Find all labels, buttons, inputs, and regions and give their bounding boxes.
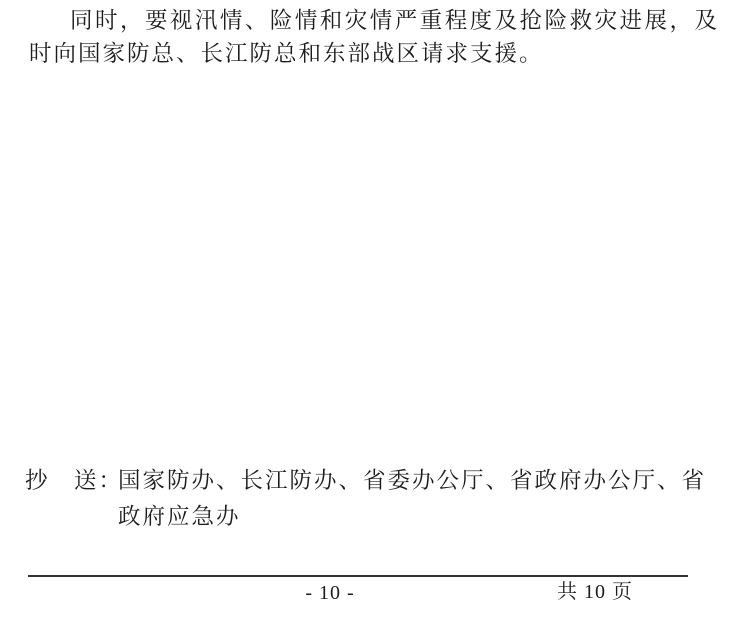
paragraph-main: 同时，要视汛情、险情和灾情严重程度及抢险救灾进展，及时向国家防总、长江防总和东部… [29,4,719,70]
total-pages-label: 共 10 页 [557,581,633,604]
page-number: - 10 - [288,582,372,604]
cc-recipients: 国家防办、长江防办、省委办公厅、省政府办公厅、省政府应急办 [118,463,718,535]
footer-divider-line [28,575,688,577]
cc-label: 抄 送： [25,463,123,499]
document-page: 同时，要视汛情、险情和灾情严重程度及抢险救灾进展，及时向国家防总、长江防总和东部… [0,0,746,642]
